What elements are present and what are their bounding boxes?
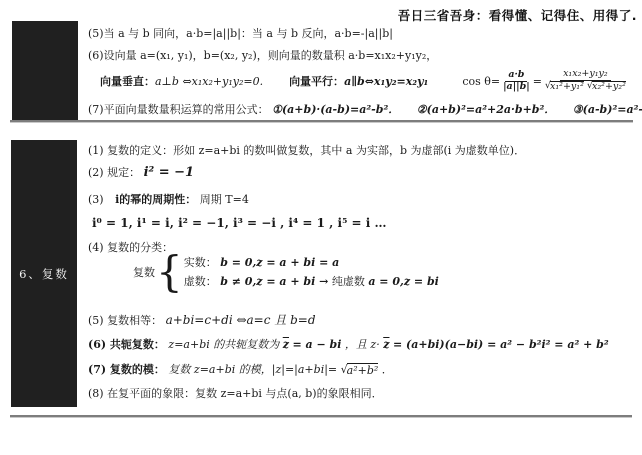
classify-imag-row: 虚数： b ≠ 0,z = a + bi → 纯虚数 a = 0,z = bi [184, 273, 439, 289]
cos-frac2-denominator: x₁²+y₁² x₂²+y₂² [544, 81, 627, 93]
complex-line6-pre: z=a+bi 的共轭复数为 [168, 338, 282, 351]
parallel-label: 向量平行： [289, 73, 344, 89]
classify-imag-label: 虚数： [184, 275, 217, 288]
complex-line-6: (6) 共轭复数： z=a+bi 的共轭复数为 z = a − bi ，且 z·… [88, 336, 609, 352]
sqrt-x1y1: x₁²+y₁² [545, 81, 584, 93]
vector-row-label-box [12, 21, 78, 120]
parallel-formula: a∥b⇔x₁y₂=x₂y₁ [344, 75, 428, 88]
complex-row-label: 6、复数 [19, 266, 69, 282]
complex-line3-rest: 周期 T=4 [200, 193, 249, 206]
cos-fraction-2: x₁x₂+y₁y₂ x₁²+y₁² x₂²+y₂² [544, 69, 627, 93]
complex-line3-label: i的幂的周期性： [115, 193, 196, 206]
cos-frac1-denominator: |a||b| [502, 82, 531, 93]
complex-row-label-box: 6、复数 [11, 140, 77, 407]
complex-line6-mid1: = a − bi [293, 338, 342, 351]
classify-real-label: 实数： [184, 256, 217, 269]
vector-line7-label: (7)平面向量数量积运算的常用公式： [88, 103, 269, 116]
math-notes-page: 吾日三省吾身：看得懂、记得住、用得了. (5)当 a 与 b 同向，a·b=|a… [0, 0, 642, 455]
vector-formula-3: ③(a-b)²=a²-2a·b+b²． [573, 103, 642, 116]
complex-line6-mid2: ，且 z· [345, 338, 380, 351]
sqrt-x2y2: x₂²+y₂² [587, 81, 626, 93]
complex-line3-number: (3) [88, 193, 104, 206]
complex-line-8: (8) 在复平面的象限：复数 z=a+bi 与点(a, b)的象限相同． [88, 385, 383, 401]
vector-line-6: (6)设向量 a=(x₁, y₁)，b=(x₂, y₂)，则向量的数量积 a·b… [88, 47, 437, 63]
vector-formula-2: ②(a+b)²=a²+2a·b+b²． [417, 103, 556, 116]
complex-equality-formula: a+bi=c+di ⇔a=c 且 b=d [166, 313, 316, 327]
vector-line-5: (5)当 a 与 b 同向，a·b=|a||b|：当 a 与 b 反向，a·b=… [88, 25, 393, 41]
complex-line7-label: (7) 复数的模： [88, 363, 165, 376]
cos-lhs: cos θ= [462, 75, 500, 88]
complex-line5-label: (5) 复数相等： [88, 314, 162, 327]
i-powers-line: i⁰ = 1, i¹ = i, i² = −1, i³ = −i , i⁴ = … [92, 216, 387, 230]
classify-imag-formula-2: a = 0,z = bi [368, 275, 438, 288]
complex-line6-label: (6) 共轭复数： [88, 338, 165, 351]
classify-imag-formula-1: b ≠ 0,z = a + bi [220, 275, 319, 288]
complex-line2-label: (2) 规定： [88, 166, 140, 179]
complex-classification: 复数 实数： b = 0,z = a + bi = a 虚数： b ≠ 0,z … [133, 254, 439, 289]
classify-brace [156, 255, 183, 289]
complex-line-1: (1) 复数的定义：形如 z=a+bi 的数叫做复数，其中 a 为实部，b 为虚… [88, 142, 525, 158]
complex-line7-pre: 复数 z=a+bi 的模，|z|=|a+bi|= [168, 363, 337, 376]
complex-line-5: (5) 复数相等： a+bi=c+di ⇔a=c 且 b=d [88, 311, 316, 328]
page-motto: 吾日三省吾身：看得懂、记得住、用得了. [398, 6, 637, 24]
vector-line-7: (7)平面向量数量积运算的常用公式： ①(a+b)·(a-b)=a²-b²． ②… [88, 101, 642, 117]
vector-perp-parallel-cos-line: 向量垂直： a⊥b ⇔x₁x₂+y₁y₂=0. 向量平行： a∥b⇔x₁y₂=x… [100, 64, 629, 98]
section-divider-top [10, 120, 633, 123]
classify-root-label: 复数 [133, 264, 155, 280]
complex-line-3: (3) i的幂的周期性： 周期 T=4 [88, 191, 249, 207]
z-conjugate-1: z [283, 338, 289, 351]
z-conjugate-2: z [383, 338, 389, 351]
classify-rows: 实数： b = 0,z = a + bi = a 虚数： b ≠ 0,z = a… [184, 254, 439, 289]
perp-formula: a⊥b ⇔x₁x₂+y₁y₂=0. [155, 75, 263, 88]
classify-real-row: 实数： b = 0,z = a + bi = a [184, 254, 439, 270]
i-squared-formula: i² = −1 [144, 165, 195, 180]
cos-frac1-numerator: a·b [505, 70, 527, 82]
complex-line6-tail: = (a+bi)(a−bi) = a² − b²i² = a² + b² [393, 338, 609, 351]
classify-pure-imag-label: 纯虚数 [332, 275, 365, 288]
cos-fraction-1: a·b |a||b| [502, 70, 531, 93]
section-divider-bottom [10, 415, 632, 418]
vector-formula-1: ①(a+b)·(a-b)=a²-b²． [272, 103, 399, 116]
complex-line7-tail: ． [382, 363, 393, 376]
cos-frac2-numerator: x₁x₂+y₁y₂ [560, 69, 611, 81]
modulus-sqrt: a²+b² [341, 363, 379, 377]
cos-equals: = [533, 75, 542, 88]
perp-label: 向量垂直： [100, 73, 155, 89]
complex-line-7: (7) 复数的模： 复数 z=a+bi 的模，|z|=|a+bi|= a²+b²… [88, 361, 393, 377]
classify-arrow: → [319, 275, 328, 288]
classify-real-formula: b = 0,z = a + bi = a [220, 256, 339, 269]
complex-line-2: (2) 规定： i² = −1 [88, 164, 194, 180]
